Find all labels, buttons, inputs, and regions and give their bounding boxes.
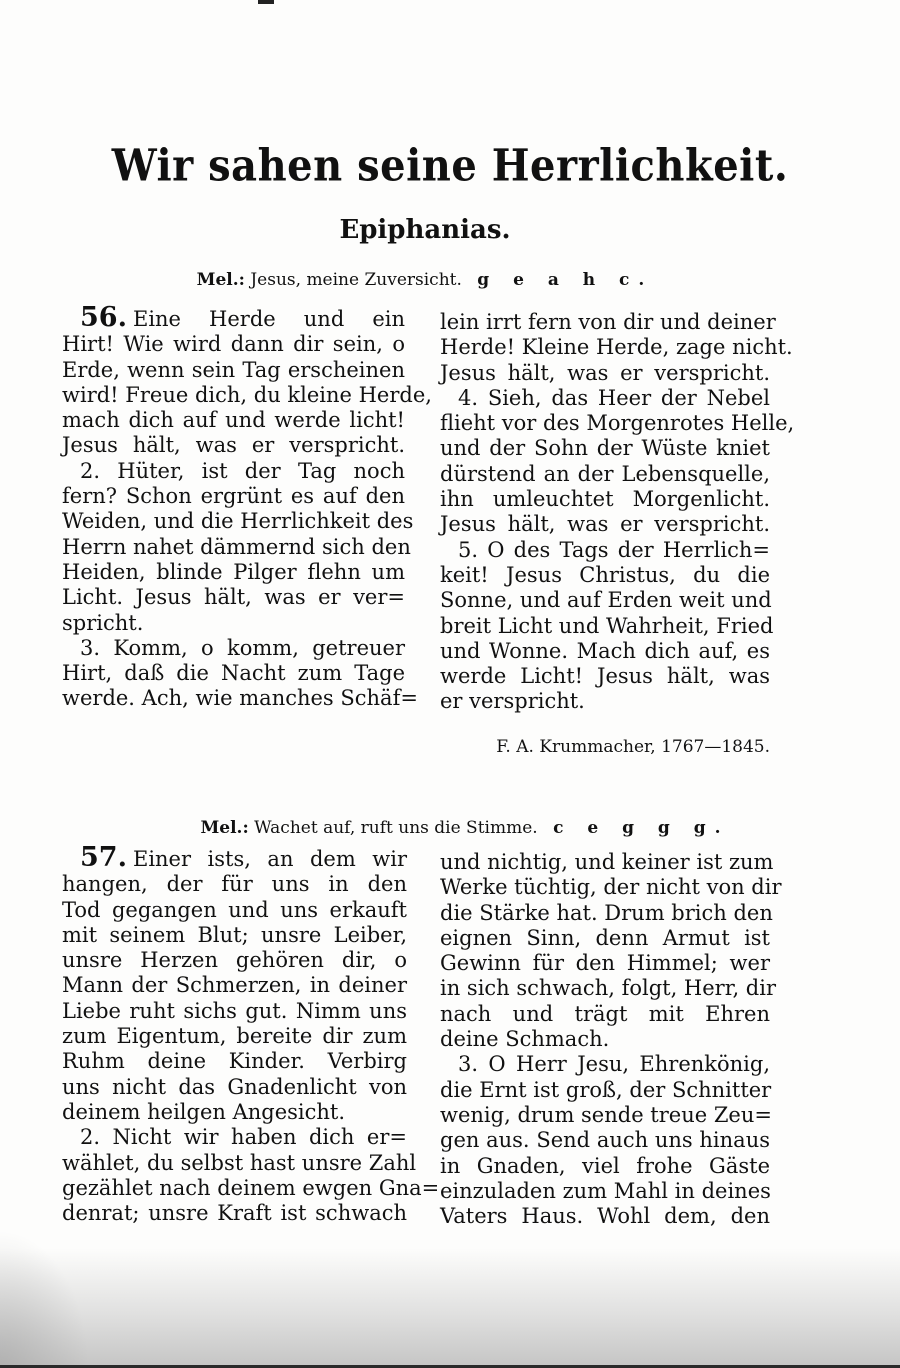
text-line: nach und trägt mit Ehren [440, 1002, 770, 1027]
text-line: Mann der Schmerzen, in deiner [62, 973, 407, 998]
text-line: Licht. Jesus hält, was er ver= [62, 585, 405, 610]
text-line: in Gnaden, viel frohe Gäste [440, 1154, 770, 1179]
text-line: Liebe ruht sichs gut. Nimm uns [62, 999, 407, 1024]
text-line: 56.Eine Herde und ein [62, 305, 405, 332]
text-line: Sonne, und auf Erden weit und [440, 588, 770, 613]
text-line: breit Licht und Wahrheit, Fried [440, 614, 770, 639]
hymn-57-melody: Mel.: Wachet auf, ruft uns die Stimme. c… [40, 818, 890, 838]
text-line: Heiden, blinde Pilger flehn um [62, 560, 405, 585]
text-line: lein irrt fern von dir und deiner [440, 310, 770, 335]
hymn-57-left-column: 57.Einer ists, an dem wir hangen, der fü… [62, 845, 407, 1226]
text-line: wird! Freue dich, du kleine Herde, [62, 383, 405, 408]
text-line: Ruhm deine Kinder. Verbirg [62, 1049, 407, 1074]
text-line: eignen Sinn, denn Armut ist [440, 926, 770, 951]
text-line: Jesus hält, was er verspricht. [440, 361, 770, 386]
text-line: 2. Hüter, ist der Tag noch [62, 459, 405, 484]
hymn-number: 56. [80, 302, 127, 333]
hymn-56-melody: Mel.: Jesus, meine Zuversicht. g e a h c… [0, 270, 850, 290]
text-line: und der Sohn der Wüste kniet [440, 436, 770, 461]
page-subtitle: Epiphanias. [0, 215, 850, 245]
text-line: spricht. [62, 611, 405, 636]
text-line: 5. O des Tags der Herrlich= [440, 538, 770, 563]
hymn-number: 57. [80, 842, 127, 873]
text-line: ihn umleuchtet Morgenlicht. [440, 487, 770, 512]
text-line: Tod gegangen und uns erkauft [62, 898, 407, 923]
text-line: Hirt, daß die Nacht zum Tage [62, 661, 405, 686]
text-line: wählet, du selbst hast unsre Zahl [62, 1151, 407, 1176]
melody-notes: c e g g g. [553, 818, 729, 838]
text-line: werde. Ach, wie manches Schäf= [62, 686, 405, 711]
text-line: und Wonne. Mach dich auf, es [440, 639, 770, 664]
text-line: in sich schwach, folgt, Herr, dir [440, 976, 770, 1001]
text-line: Hirt! Wie wird dann dir sein, o [62, 332, 405, 357]
text-line: Herde! Kleine Herde, zage nicht. [440, 335, 770, 360]
melody-notes: g e a h c. [477, 270, 653, 290]
text-line: Weiden, und die Herrlichkeit des [62, 509, 405, 534]
text-line: 3. Komm, o komm, getreuer [62, 636, 405, 661]
text-line: denrat; unsre Kraft ist schwach [62, 1201, 407, 1226]
text-line: Herrn nahet dämmernd sich den [62, 535, 405, 560]
text-line: hangen, der für uns in den [62, 872, 407, 897]
text-line: Jesus hält, was er verspricht. [62, 433, 405, 458]
text-line: gen aus. Send auch uns hinaus [440, 1128, 770, 1153]
text-line: 2. Nicht wir haben dich er= [62, 1125, 407, 1150]
text-line: einzuladen zum Mahl in deines [440, 1179, 770, 1204]
hymn-56-left-column: 56.Eine Herde und ein Hirt! Wie wird dan… [62, 305, 405, 712]
text-line: Jesus hält, was er verspricht. [440, 512, 770, 537]
text-line: Vaters Haus. Wohl dem, den [440, 1204, 770, 1229]
text-line: gezählet nach deinem ewgen Gna= [62, 1176, 407, 1201]
text-line: unsre Herzen gehören dir, o [62, 948, 407, 973]
text-line: 4. Sieh, das Heer der Nebel [440, 386, 770, 411]
text-line: 3. O Herr Jesu, Ehrenkönig, [440, 1052, 770, 1077]
melody-label: Mel.: [197, 270, 245, 290]
text-line: Werke tüchtig, der nicht von dir [440, 875, 770, 900]
text-line: mach dich auf und werde licht! [62, 408, 405, 433]
text-line: deinem heilgen Angesicht. [62, 1100, 407, 1125]
text-line: zum Eigentum, bereite dir zum [62, 1024, 407, 1049]
text-line: er verspricht. [440, 689, 770, 714]
text-line: keit! Jesus Christus, du die [440, 563, 770, 588]
melody-label: Mel.: [200, 818, 248, 838]
page-title: Wir sahen seine Herrlichkeit. [0, 140, 900, 192]
text-line: die Stärke hat. Drum brich den [440, 901, 770, 926]
text-line: dürstend an der Lebensquelle, [440, 462, 770, 487]
text-line: und nichtig, und keiner ist zum [440, 850, 770, 875]
melody-tune: Wachet auf, ruft uns die Stimme. [254, 818, 538, 838]
hymn-56-author: F. A. Krummacher, 1767—1845. [440, 737, 770, 757]
paper-stain-corner [0, 1230, 90, 1368]
text-line: wenig, drum sende treue Zeu= [440, 1103, 770, 1128]
text-line: uns nicht das Gnadenlicht von [62, 1075, 407, 1100]
text-line: fern? Schon ergrünt es auf den [62, 484, 405, 509]
hymn-56-right-column: lein irrt fern von dir und deiner Herde!… [440, 310, 770, 715]
text-line: die Ernt ist groß, der Schnitter [440, 1078, 770, 1103]
text-line: 57.Einer ists, an dem wir [62, 845, 407, 872]
print-mark [258, 0, 274, 4]
paper-stain [0, 1248, 900, 1368]
hymn-57-right-column: und nichtig, und keiner ist zum Werke tü… [440, 850, 770, 1229]
text-line: deine Schmach. [440, 1027, 770, 1052]
text-line: Gewinn für den Himmel; wer [440, 951, 770, 976]
melody-tune: Jesus, meine Zuversicht. [250, 270, 462, 290]
text-line: mit seinem Blut; unsre Leiber, [62, 923, 407, 948]
text-line: werde Licht! Jesus hält, was [440, 664, 770, 689]
book-page: Wir sahen seine Herrlichkeit. Epiphanias… [0, 0, 900, 1368]
text-line: flieht vor des Morgenrotes Helle, [440, 411, 770, 436]
text-line: Erde, wenn sein Tag erscheinen [62, 358, 405, 383]
